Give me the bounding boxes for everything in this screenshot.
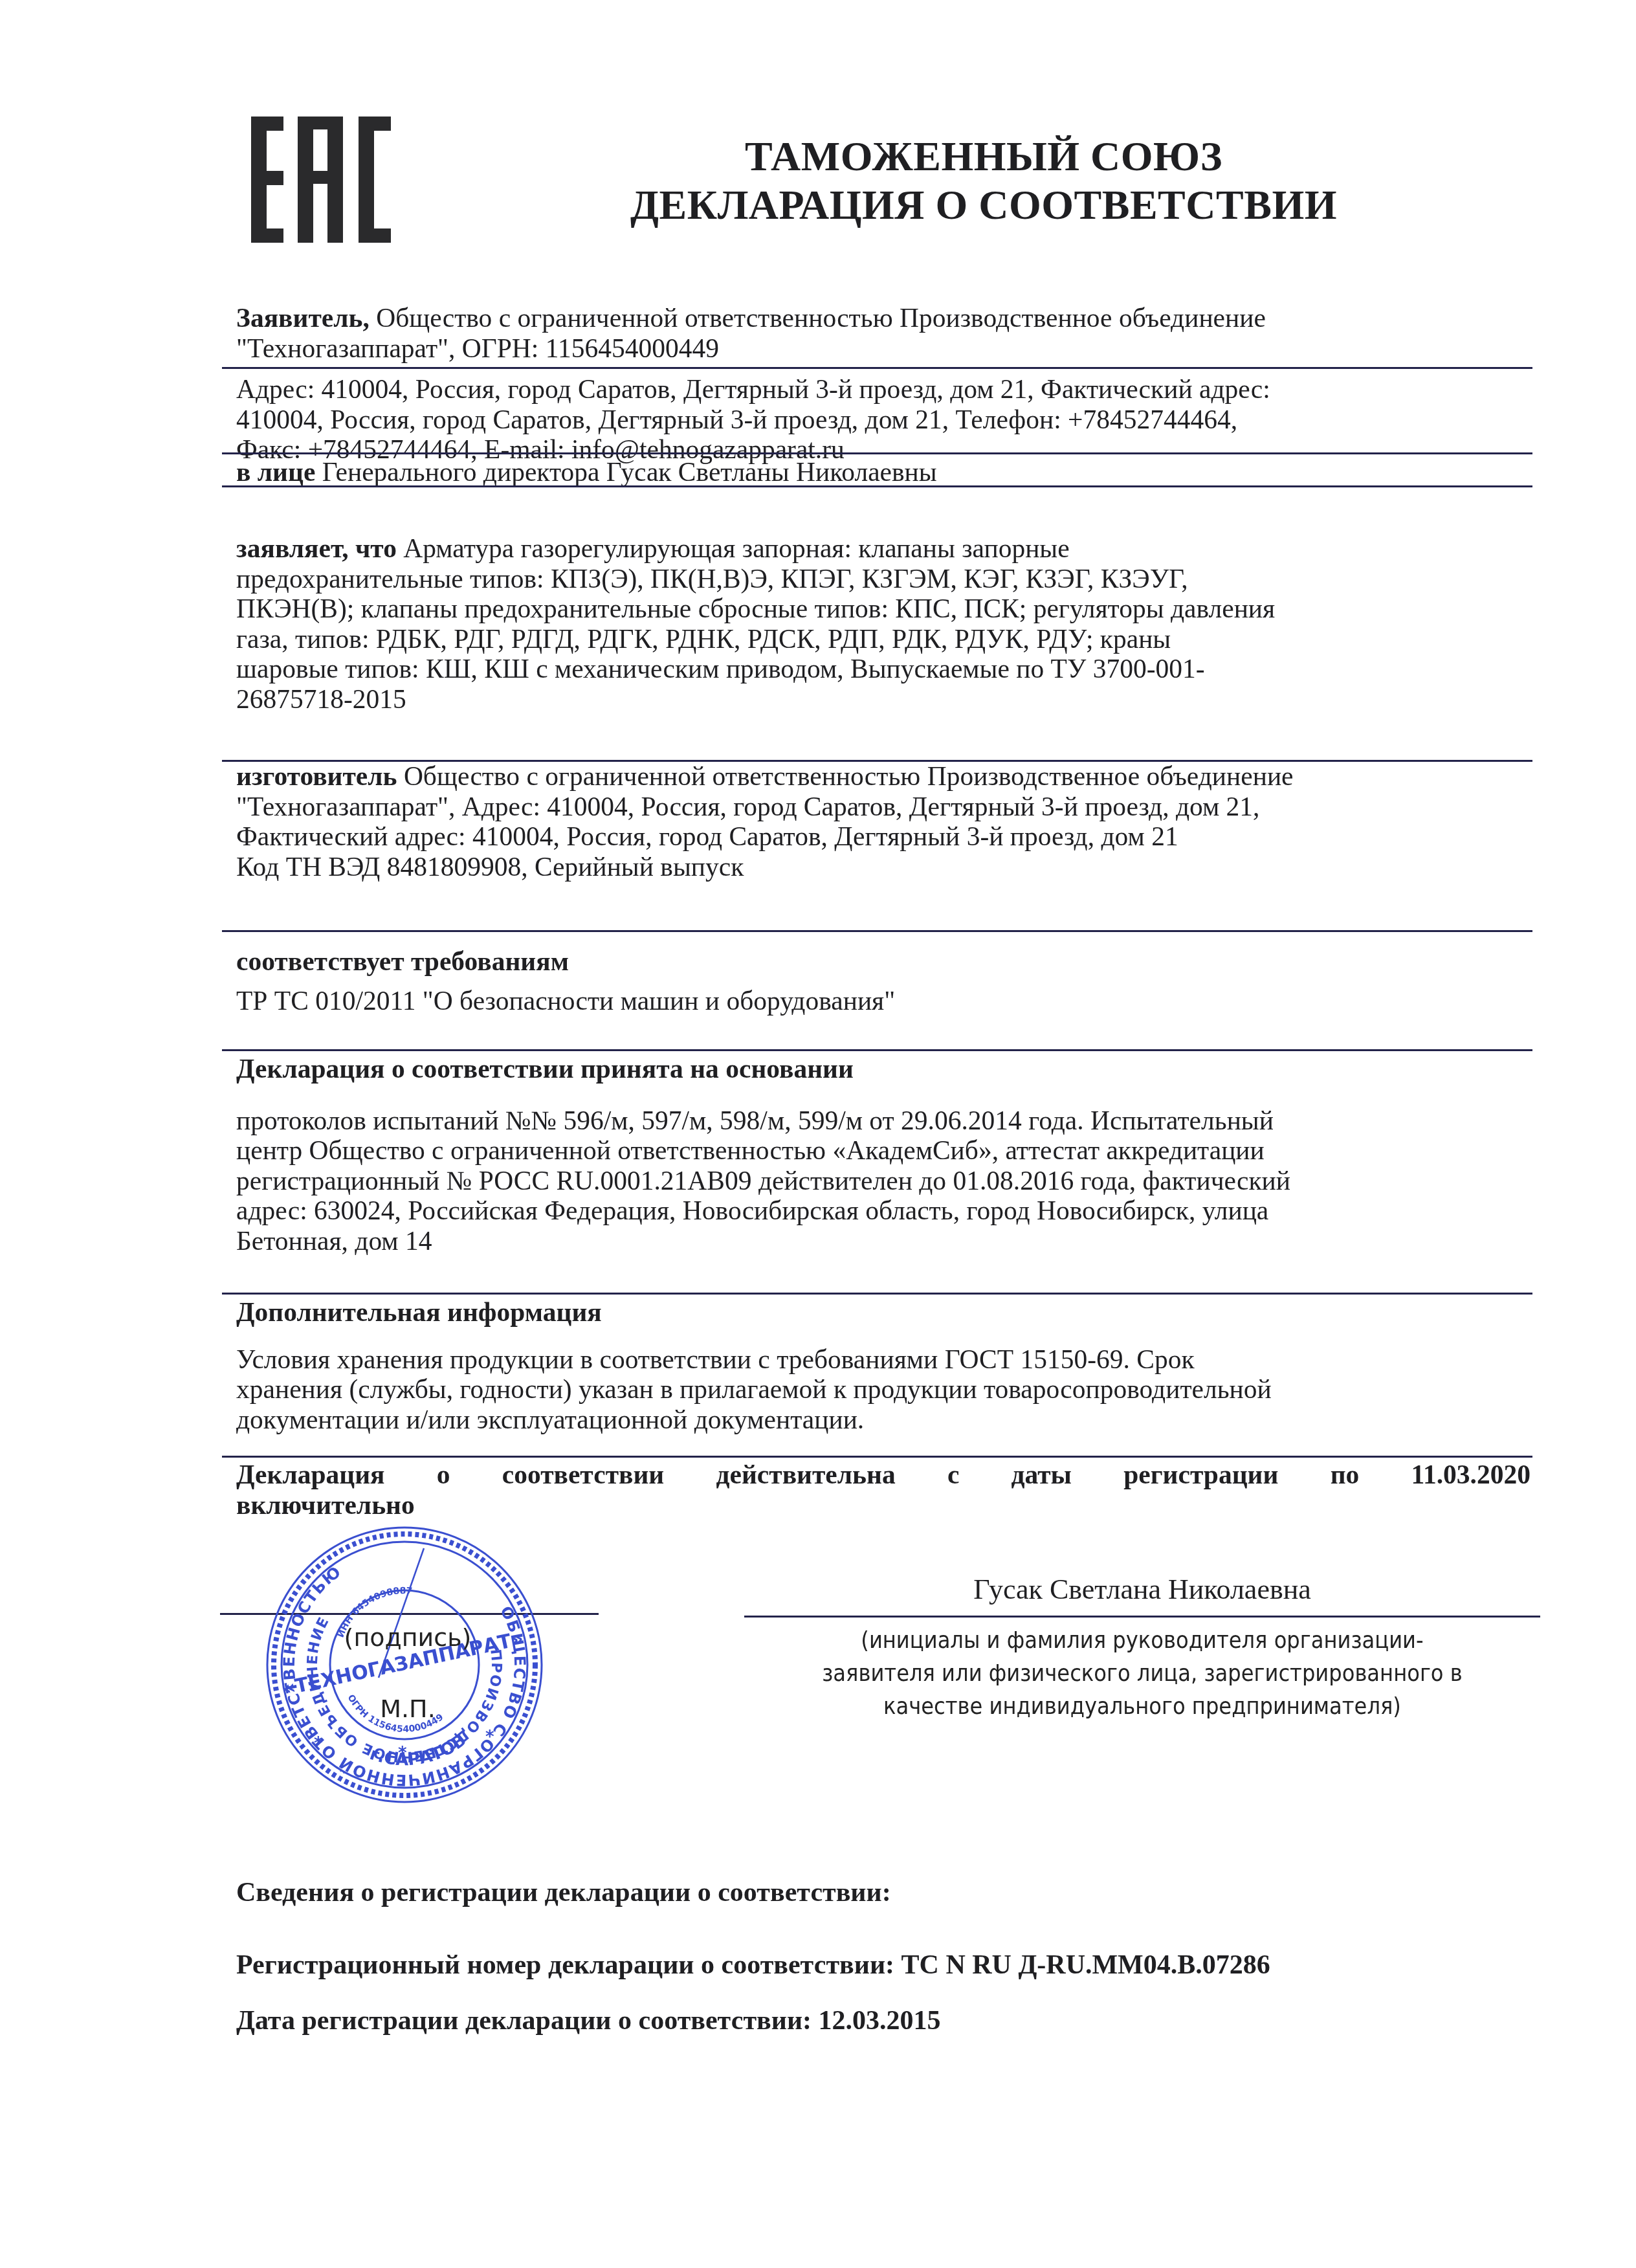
additional-line3: документации и/или эксплуатационной доку… xyxy=(236,1405,1531,1435)
additional-line1: Условия хранения продукции в соответстви… xyxy=(236,1344,1531,1375)
additional-info-label: Дополнительная информация xyxy=(236,1297,602,1327)
declares-label: заявляет, что xyxy=(236,533,397,563)
validity-line2: включительно xyxy=(236,1490,1531,1520)
svg-text:*: * xyxy=(398,1744,407,1763)
divider xyxy=(222,930,1532,932)
divider xyxy=(222,1293,1532,1295)
validity-line1: Декларация о соответствии действительна … xyxy=(236,1460,1531,1490)
caption-line2: заявителя или физического лица, зарегист… xyxy=(776,1658,1509,1691)
address-section: Адрес: 410004, Россия, город Саратов, Де… xyxy=(236,374,1531,465)
title-customs-union: ТАМОЖЕННЫЙ СОЮЗ xyxy=(414,136,1553,177)
address-line1: Адрес: 410004, Россия, город Саратов, Де… xyxy=(236,374,1531,405)
divider xyxy=(222,367,1532,369)
declares-line2: предохранительные типов: КПЗ(Э), ПК(Н,В)… xyxy=(236,564,1531,594)
manufacturer-line4: Код ТН ВЭД 8481809908, Серийный выпуск xyxy=(236,852,1531,882)
represented-by-text: Генерального директора Гусак Светланы Ни… xyxy=(315,457,936,487)
registration-number: Регистрационный номер декларации о соотв… xyxy=(236,1950,1270,1981)
applicant-label: Заявитель, xyxy=(236,303,370,333)
signatory-name: Гусак Светлана Николаевна xyxy=(744,1573,1540,1606)
manufacturer-section: изготовитель Общество с ограниченной отв… xyxy=(236,761,1531,882)
signatory-caption: (инициалы и фамилия руководителя организ… xyxy=(776,1625,1509,1724)
basis-line1: протоколов испытаний №№ 596/м, 597/м, 59… xyxy=(236,1106,1531,1136)
complies-text: ТР ТС 010/2011 "О безопасности машин и о… xyxy=(236,986,1531,1016)
seal-icon: ОБЩЕСТВО С ОГРАНИЧЕННОЙ ОТВЕТСТВЕННОСТЬЮ… xyxy=(262,1522,547,1807)
divider xyxy=(222,1456,1532,1458)
applicant-line2: "Техногазаппарат", ОГРН: 1156454000449 xyxy=(236,333,1531,364)
manufacturer-label: изготовитель xyxy=(236,761,397,791)
represented-by-section: в лице Генерального директора Гусак Свет… xyxy=(236,457,1531,487)
applicant-section: Заявитель, Общество с ограниченной ответ… xyxy=(236,303,1531,363)
basis-line2: центр Общество с ограниченной ответствен… xyxy=(236,1135,1531,1166)
declares-line5: шаровые типов: КШ, КШ с механическим при… xyxy=(236,654,1531,684)
manufacturer-line3: Фактический адрес: 410004, Россия, город… xyxy=(236,821,1531,852)
eac-mark-icon xyxy=(251,117,393,243)
eac-logo xyxy=(251,117,393,243)
declares-line3: ПКЭН(В); клапаны предохранительные сброс… xyxy=(236,594,1531,624)
registration-date: Дата регистрации декларации о соответств… xyxy=(236,2005,941,2036)
svg-text:*: * xyxy=(485,1728,494,1747)
applicant-line1: Общество с ограниченной ответственностью… xyxy=(370,303,1266,333)
svg-text:*: * xyxy=(314,1734,323,1753)
registration-heading: Сведения о регистрации декларации о соот… xyxy=(236,1877,891,1908)
basis-line3: регистрационный № РОСС RU.0001.21АВ09 де… xyxy=(236,1166,1531,1196)
validity-section: Декларация о соответствии действительна … xyxy=(236,1460,1531,1520)
complies-label: соответствует требованиям xyxy=(236,946,569,976)
additional-line2: хранения (службы, годности) указан в при… xyxy=(236,1374,1531,1405)
manufacturer-line2: "Техногазаппарат", Адрес: 410004, Россия… xyxy=(236,792,1531,822)
address-line2: 410004, Россия, город Саратов, Дегтярный… xyxy=(236,405,1531,435)
declares-line6: 26875718-2015 xyxy=(236,684,1531,715)
divider xyxy=(222,1049,1532,1051)
divider xyxy=(222,452,1532,454)
manufacturer-line1: Общество с ограниченной ответственностью… xyxy=(397,761,1294,791)
basis-line4: адрес: 630024, Российская Федерация, Нов… xyxy=(236,1195,1531,1226)
caption-line3: качестве индивидуального предпринимателя… xyxy=(776,1691,1509,1724)
basis-section: Декларация о соответствии принята на осн… xyxy=(236,1054,1531,1256)
declares-section: заявляет, что Арматура газорегулирующая … xyxy=(236,533,1531,714)
additional-info-section: Дополнительная информация Условия хранен… xyxy=(236,1297,1531,1434)
basis-line5: Бетонная, дом 14 xyxy=(236,1226,1531,1256)
divider xyxy=(222,485,1532,487)
declares-line1: Арматура газорегулирующая запорная: клап… xyxy=(397,533,1070,563)
complies-section: соответствует требованиям ТР ТС 010/2011… xyxy=(236,946,1531,1016)
declares-line4: газа, типов: РДБК, РДГ, РДГД, РДГК, РДНК… xyxy=(236,624,1531,654)
signature-label: (подпись) xyxy=(304,1623,511,1652)
seal-label: М.П. xyxy=(337,1695,479,1723)
basis-label: Декларация о соответствии принята на осн… xyxy=(236,1054,854,1084)
company-seal: ОБЩЕСТВО С ОГРАНИЧЕННОЙ ОТВЕТСТВЕННОСТЬЮ… xyxy=(262,1522,547,1807)
represented-by-label: в лице xyxy=(236,457,315,487)
caption-line1: (инициалы и фамилия руководителя организ… xyxy=(776,1625,1509,1658)
name-line xyxy=(744,1616,1540,1618)
title-declaration: ДЕКЛАРАЦИЯ О СООТВЕТСТВИИ xyxy=(414,184,1553,226)
